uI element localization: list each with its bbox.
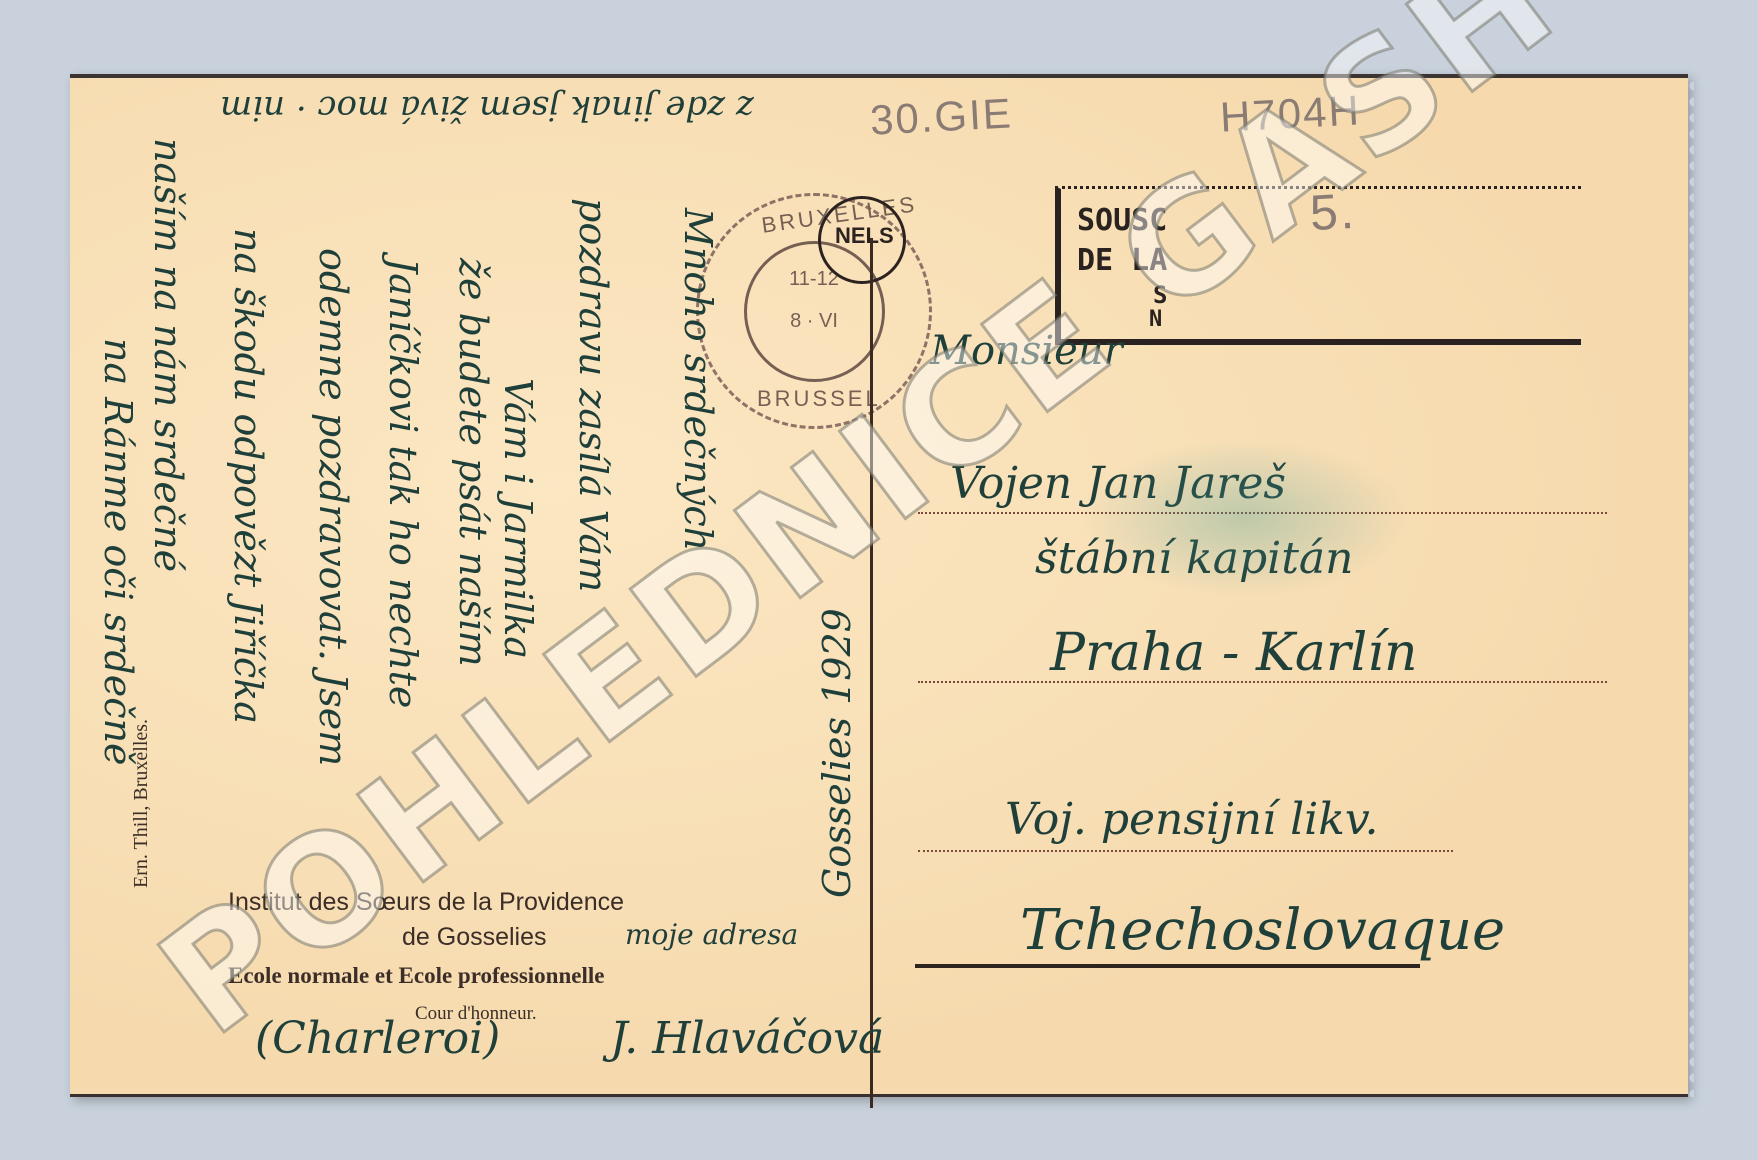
nels-logo-icon: NELS [818,196,906,284]
slogan-cancellation: SOUSC DE LA S N [1055,186,1581,345]
postmark-date: 8 · VI [779,306,849,336]
printed-schools: Ecole normale et Ecole professionnelle [228,963,604,989]
message-column-2: pozdravu zasílá Vám [571,198,615,592]
center-divider [870,238,873,1108]
message-column-8: naším na nám srdečné [146,138,190,572]
message-column-6: odemne pozdravovat. Jsem [311,248,355,766]
pencil-mark-right: H704H [1219,86,1362,141]
message-column-4: že budete psát naším [451,258,495,667]
address-line-4: Voj. pensijní likv. [1005,794,1379,845]
pencil-mark-left: 30.GIE [869,89,1014,144]
address-solid-line [915,964,1420,968]
address-dotted-line-3 [918,850,1453,852]
message-column-1: Mnoho srdečných [676,208,720,551]
message-column-9: na Ránme oči srdečně [96,338,140,766]
message-column-5: Janíčkovi tak ho nechte [381,258,425,708]
perforated-edge [1684,78,1694,1097]
message-signature: J. Hlaváčová [610,1013,884,1064]
message-sender-place: (Charleroi) [255,1013,500,1064]
address-dotted-line-2 [918,681,1607,683]
ink-smudge [1080,438,1410,598]
message-top-line: z zde jinak jsem živá moc · nim [220,88,754,128]
message-address-note: moje adresa [625,918,798,951]
printed-institution: Institut des Sœurs de la Providence [228,888,624,917]
postcard-back: 30.GIE H704H 5. BRUXELLES 11-12 8 · VI B… [70,74,1688,1097]
postmark-city-bottom: BRUSSEL [757,386,881,412]
message-column-3: Vám i Jarmilka [496,378,540,659]
address-salutation: Monsieur [930,328,1123,374]
message-date-place: Gosselies 1929 [815,608,859,898]
printed-place: de Gosselies [402,923,547,952]
address-line-5: Tchechoslovaque [1020,898,1505,963]
message-column-7: na škodu odpovězt Jiříčka [226,228,270,724]
address-line-3: Praha - Karlín [1050,623,1417,683]
